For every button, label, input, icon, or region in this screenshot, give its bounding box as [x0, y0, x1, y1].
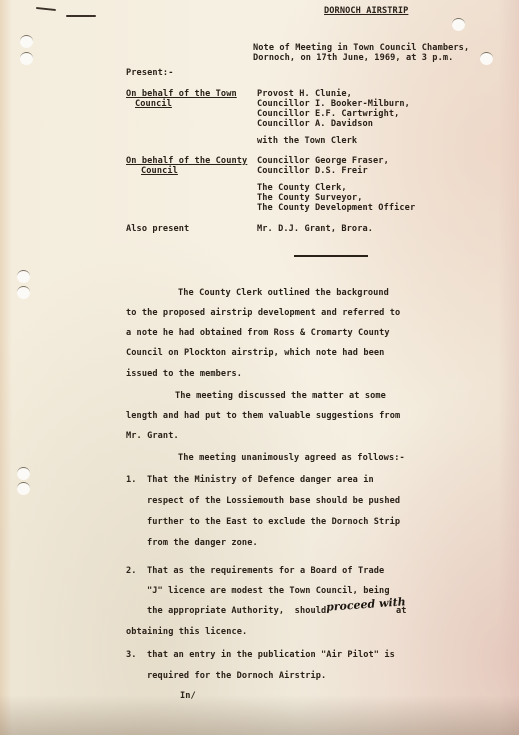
paragraph-line: a note he had obtained from Ross & Croma… — [126, 328, 390, 338]
item-line: That the Ministry of Defence danger area… — [147, 475, 374, 485]
heading-line: Dornoch, on 17th June, 1969, at 3 p.m. — [253, 53, 453, 63]
item-line: That as the requirements for a Board of … — [147, 566, 384, 576]
item-line: from the danger zone. — [147, 538, 258, 548]
punch-hole — [20, 52, 33, 65]
town-council-label: On behalf of the Town — [126, 89, 237, 99]
item-line: that an entry in the publication "Air Pi… — [147, 650, 395, 660]
document-title: DORNOCH AIRSTRIP — [324, 6, 408, 16]
item-line: respect of the Lossiemouth base should b… — [147, 496, 400, 506]
punch-hole — [17, 467, 30, 480]
paragraph-line: The meeting unanimously agreed as follow… — [178, 453, 405, 463]
paragraph-line: Mr. Grant. — [126, 431, 179, 441]
item-number: 2. — [126, 566, 137, 576]
attendee: The County Clerk, — [257, 183, 347, 193]
handwritten-annotation: proceed with — [326, 595, 406, 614]
item-line: obtaining this licence. — [126, 627, 247, 637]
attendee: Councillor George Fraser, — [257, 156, 389, 166]
punch-hole — [17, 270, 30, 283]
heading-line: Note of Meeting in Town Council Chambers… — [253, 43, 469, 53]
punch-hole — [480, 52, 493, 65]
paragraph-line: issued to the members. — [126, 369, 242, 379]
item-number: 3. — [126, 650, 137, 660]
paragraph-line: The County Clerk outlined the background — [178, 288, 389, 298]
attendee: Councillor E.F. Cartwright, — [257, 109, 399, 119]
paragraph-line: length and had put to them valuable sugg… — [126, 411, 400, 421]
paragraph-line: Council on Plockton airstrip, which note… — [126, 348, 384, 358]
paragraph-line: to the proposed airstrip development and… — [126, 308, 400, 318]
attendee: Councillor I. Booker-Milburn, — [257, 99, 410, 109]
attendee: with the Town Clerk — [257, 136, 357, 146]
paragraph-line: The meeting discussed the matter at some — [175, 391, 386, 401]
attendee: Provost H. Clunie, — [257, 89, 352, 99]
item-number: 1. — [126, 475, 137, 485]
town-council-label: Council — [135, 99, 172, 109]
item-line: further to the East to exclude the Dorno… — [147, 517, 400, 527]
county-council-label: Council — [141, 166, 178, 176]
county-council-label: On behalf of the County — [126, 156, 247, 166]
separator-rule — [294, 255, 368, 257]
punch-hole — [17, 286, 30, 299]
ink-mark — [66, 15, 96, 17]
attendee: Councillor D.S. Freir — [257, 166, 368, 176]
punch-hole — [17, 482, 30, 495]
item-line: required for the Dornoch Airstrip. — [147, 671, 326, 681]
ink-mark — [36, 7, 56, 11]
attendee: The County Development Officer — [257, 203, 415, 213]
present-label: Present:- — [126, 68, 173, 78]
document-page: DORNOCH AIRSTRIP Note of Meeting in Town… — [0, 0, 519, 735]
item-line: "J" licence are modest the Town Council,… — [147, 586, 390, 596]
item-line: the appropriate Authority, should — [147, 606, 326, 616]
attendee: The County Surveyor, — [257, 193, 362, 203]
attendee: Councillor A. Davidson — [257, 119, 373, 129]
also-present-label: Also present — [126, 224, 189, 234]
item-line: at — [396, 606, 407, 616]
page-shadow — [0, 695, 519, 735]
punch-hole — [452, 18, 465, 31]
punch-hole — [20, 35, 33, 48]
attendee: Mr. D.J. Grant, Brora. — [257, 224, 373, 234]
